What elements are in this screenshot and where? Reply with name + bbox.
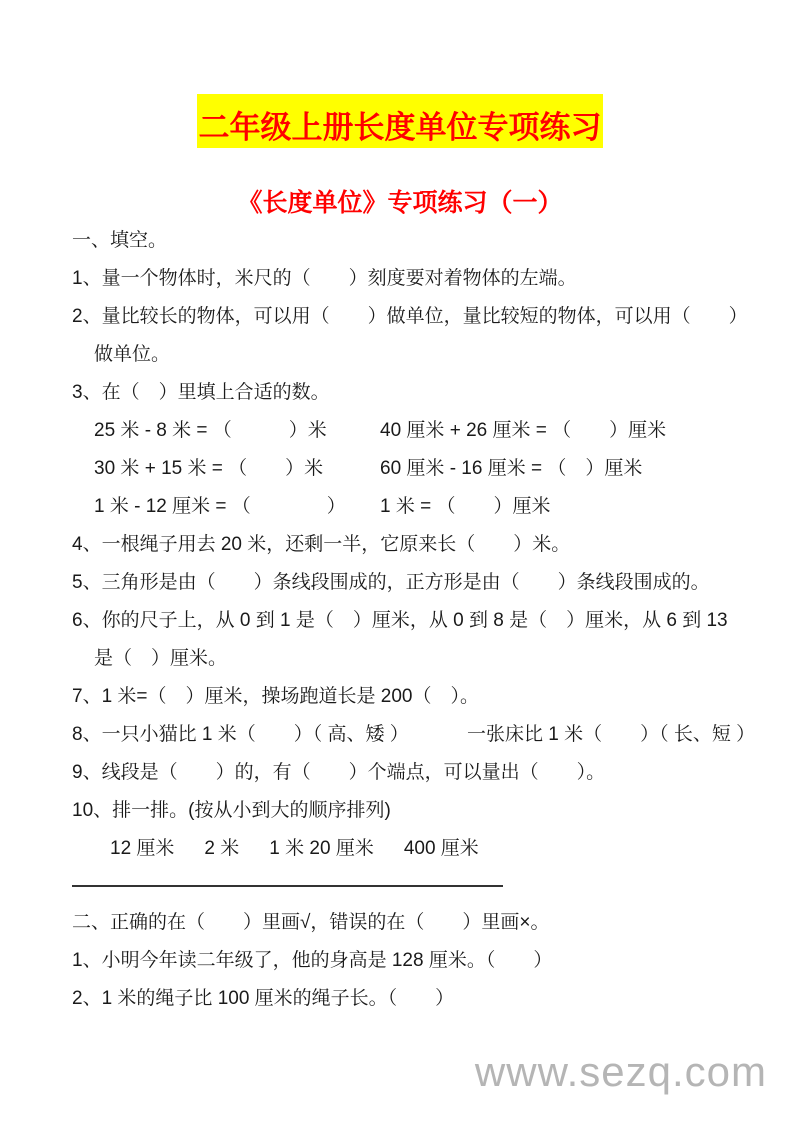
- equation-row-3: 1 米 - 12 厘米 = （ ） 1 米 = （ ）厘米: [72, 485, 764, 523]
- section1-heading: 一、填空。: [72, 219, 764, 257]
- watermark: www.sezq.com: [475, 1048, 767, 1096]
- title-highlight-band: 二年级上册长度单位专项练习: [197, 94, 603, 148]
- section2-heading: 二、正确的在（ ）里画√，错误的在（ ）里画×。: [72, 901, 764, 939]
- equation-r2c1: 30 米 + 15 米 = （ ）米: [72, 453, 380, 480]
- fill-question-1: 1、量一个物体时，米尺的（ ）刻度要对着物体的左端。: [72, 257, 764, 295]
- fill-question-4: 4、一根绳子用去 20 米，还剩一半，它原来长（ ）米。: [72, 523, 764, 561]
- equation-r3c1: 1 米 - 12 厘米 = （ ）: [72, 491, 380, 518]
- fill-question-8-part1: 8、一只小猫比 1 米（ ）（ 高、矮 ）: [72, 719, 467, 746]
- fill-question-10: 10、排一排。(按从小到大的顺序排列): [72, 789, 764, 827]
- fill-question-5: 5、三角形是由（ ）条线段围成的，正方形是由（ ）条线段围成的。: [72, 561, 764, 599]
- equation-row-1: 25 米 - 8 米 = （ ）米 40 厘米 + 26 厘米 = （ ）厘米: [72, 409, 764, 447]
- option-value: 1 米 20 厘米: [269, 833, 374, 860]
- page-subtitle: 《长度单位》专项练习（一）: [0, 183, 800, 219]
- equation-r2c2: 60 厘米 - 16 厘米 = （ ）厘米: [380, 453, 642, 480]
- option-value: 400 厘米: [404, 833, 479, 860]
- fill-question-10-options: 12 厘米 2 米 1 米 20 厘米 400 厘米: [72, 827, 764, 865]
- fill-question-6-line1: 6、你的尺子上，从 0 到 1 是（ ）厘米，从 0 到 8 是（ ）厘米，从 …: [72, 599, 764, 637]
- fill-question-9: 9、线段是（ ）的，有（ ）个端点，可以量出（ ）。: [72, 751, 764, 789]
- equation-r1c2: 40 厘米 + 26 厘米 = （ ）厘米: [380, 415, 666, 442]
- fill-question-7: 7、1 米=（ ）厘米，操场跑道长是 200（ ）。: [72, 675, 764, 713]
- fill-question-8-part2: 一张床比 1 米（ ）（ 长、短 ）: [467, 719, 755, 746]
- fill-question-3: 3、在（ ）里填上合适的数。: [72, 371, 764, 409]
- equation-r1c1: 25 米 - 8 米 = （ ）米: [72, 415, 380, 442]
- fill-question-6-line2: 是（ ）厘米。: [72, 637, 764, 675]
- worksheet-body: 一、填空。 1、量一个物体时，米尺的（ ）刻度要对着物体的左端。 2、量比较长的…: [72, 219, 764, 1015]
- fill-question-8: 8、一只小猫比 1 米（ ）（ 高、矮 ） 一张床比 1 米（ ）（ 长、短 ）: [72, 713, 764, 751]
- judge-question-2: 2、1 米的绳子比 100 厘米的绳子长。（ ）: [72, 977, 764, 1015]
- option-value: 12 厘米: [110, 833, 174, 860]
- fill-question-2-line1: 2、量比较长的物体，可以用（ ）做单位，量比较短的物体，可以用（ ）: [72, 295, 764, 333]
- worksheet-page: 二年级上册长度单位专项练习 《长度单位》专项练习（一） 一、填空。 1、量一个物…: [0, 0, 800, 1131]
- answer-line: [72, 885, 503, 887]
- option-value: 2 米: [204, 833, 239, 860]
- judge-question-1: 1、小明今年读二年级了，他的身高是 128 厘米。（ ）: [72, 939, 764, 977]
- equation-r3c2: 1 米 = （ ）厘米: [380, 491, 551, 518]
- equation-row-2: 30 米 + 15 米 = （ ）米 60 厘米 - 16 厘米 = （ ）厘米: [72, 447, 764, 485]
- fill-question-2-line2: 做单位。: [72, 333, 764, 371]
- page-title: 二年级上册长度单位专项练习: [199, 112, 602, 148]
